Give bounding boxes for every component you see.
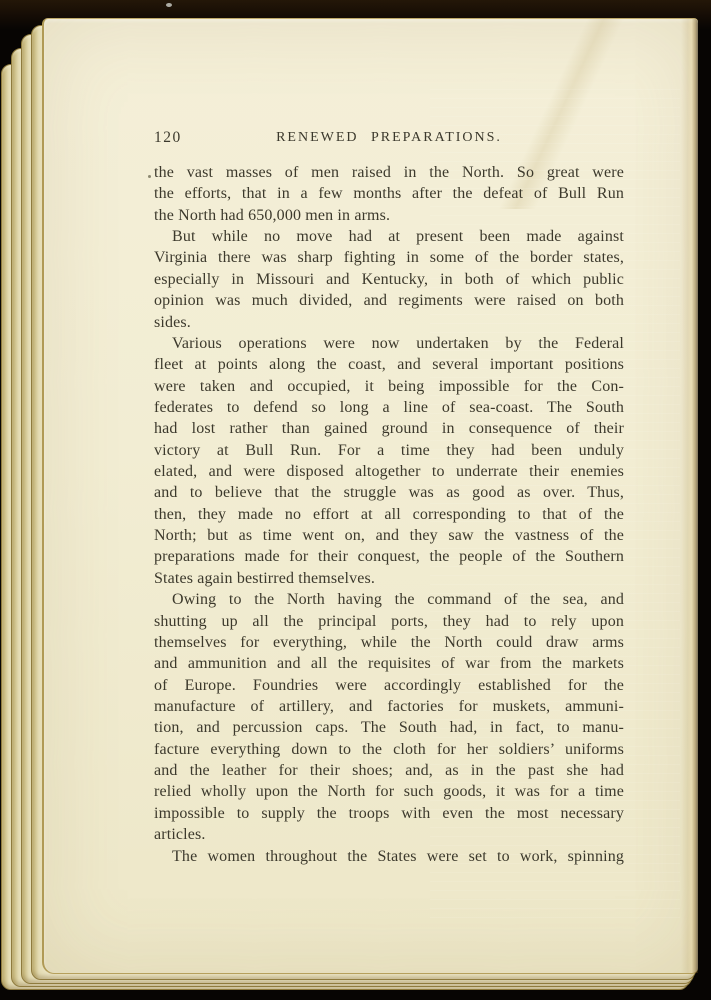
text-line: the vast masses of men raised in the Nor… xyxy=(154,162,624,183)
text-line: especially in Missouri and Kentucky, in … xyxy=(154,269,624,290)
text-line: North; but as time went on, and they saw… xyxy=(154,525,624,546)
text-line: States again bestirred themselves. xyxy=(154,568,624,589)
text-line: Owing to the North having the command of… xyxy=(154,589,624,610)
book-page: 120 RENEWED PREPARATIONS. the vast masse… xyxy=(42,18,698,974)
text-line: and the leather for their shoes; and, as… xyxy=(154,760,624,781)
text-line: The women throughout the States were set… xyxy=(154,846,624,867)
text-line: were taken and occupied, it being imposs… xyxy=(154,376,624,397)
text-line: sides. xyxy=(154,312,624,333)
text-line: tion, and percussion caps. The South had… xyxy=(154,717,624,738)
text-line: the North had 650,000 men in arms. xyxy=(154,205,624,226)
paragraph: Various operations were now undertaken b… xyxy=(154,333,624,589)
text-line: had lost rather than gained ground in co… xyxy=(154,418,624,439)
text-line: the efforts, that in a few months after … xyxy=(154,183,624,204)
text-line: and to believe that the struggle was as … xyxy=(154,482,624,503)
text-line: facture everything down to the cloth for… xyxy=(154,739,624,760)
text-line: fleet at points along the coast, and sev… xyxy=(154,354,624,375)
text-line: Virginia there was sharp fighting in som… xyxy=(154,247,624,268)
text-line: federates to defend so long a line of se… xyxy=(154,397,624,418)
text-line: elated, and were disposed altogether to … xyxy=(154,461,624,482)
text-line: Various operations were now undertaken b… xyxy=(154,333,624,354)
text-line: relied wholly upon the North for such go… xyxy=(154,781,624,802)
paragraph: The women throughout the States were set… xyxy=(154,846,624,867)
paragraph: the vast masses of men raised in the Nor… xyxy=(154,162,624,226)
text-line: But while no move had at present been ma… xyxy=(154,226,624,247)
page-text: the vast masses of men raised in the Nor… xyxy=(154,162,624,867)
page-header: 120 RENEWED PREPARATIONS. xyxy=(154,129,624,151)
text-line: then, they made no effort at all corresp… xyxy=(154,504,624,525)
text-line: and ammunition and all the requisites of… xyxy=(154,653,624,674)
text-line: themselves for everything, while the Nor… xyxy=(154,632,624,653)
text-line: opinion was much divided, and regiments … xyxy=(154,290,624,311)
text-line: shutting up all the principal ports, the… xyxy=(154,611,624,632)
text-line: preparations made for their conquest, th… xyxy=(154,546,624,567)
paragraph: Owing to the North having the command of… xyxy=(154,589,624,845)
text-line: articles. xyxy=(154,824,624,845)
text-line: of Europe. Foundries were accordingly es… xyxy=(154,675,624,696)
ink-speck xyxy=(148,175,151,178)
text-line: impossible to supply the troops with eve… xyxy=(154,803,624,824)
running-head: RENEWED PREPARATIONS. xyxy=(154,130,624,146)
text-line: victory at Bull Run. For a time they had… xyxy=(154,440,624,461)
book-scan: 120 RENEWED PREPARATIONS. the vast masse… xyxy=(0,0,711,1000)
paragraph: But while no move had at present been ma… xyxy=(154,226,624,333)
text-line: manufacture of artillery, and factories … xyxy=(154,696,624,717)
